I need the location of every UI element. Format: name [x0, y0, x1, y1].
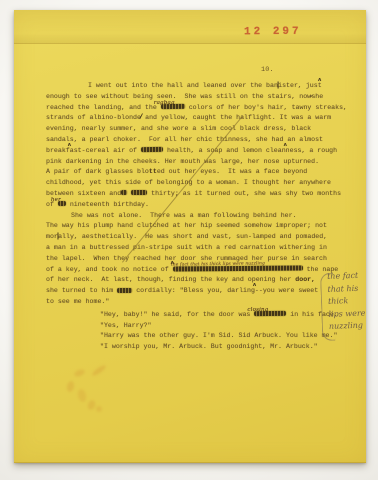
margin-note: the fact that his thick lips were nuzzli…: [327, 269, 378, 333]
typed-text: "Yes, Harry?": [100, 322, 151, 329]
typescript-paragraph: She was not alone. There was a man follo…: [46, 211, 346, 308]
pen-strikethrough: [117, 288, 132, 293]
typescript-line: The way his plump hand clutched at her h…: [46, 221, 346, 232]
typed-text: sandals, a pearl choker. For all her chi…: [46, 136, 323, 143]
typescript-paragraph: I went out into the hall and leaned over…: [46, 81, 346, 211]
caret-mark: ʌ: [253, 282, 256, 288]
typescript-line: evening, nearly summer, and she wore a s…: [46, 124, 346, 135]
typed-text: enough to see without being seen. She wa…: [46, 93, 311, 100]
pen-strikethrough: [58, 201, 66, 206]
typed-text-overstruck: tt: [149, 168, 157, 175]
typed-text: "I worship you, Mr. Arbuck. But goodnigh…: [100, 343, 318, 350]
typescript-line: "I worship you, Mr. Arbuck. But goodnigh…: [46, 342, 346, 353]
typed-text: pink darkening in the cheeks. Her mouth …: [46, 158, 319, 165]
typescript-paragraph: "Hey, baby!" he said, for the door was c…: [46, 310, 346, 353]
stain-smudge: [96, 406, 102, 412]
typed-text: "Hey, baby!" he said, for the door was: [100, 311, 254, 318]
typed-text-overstruck: door,: [295, 276, 315, 283]
pen-mark: |: [56, 233, 60, 241]
typed-text: ast-cereal air of: [70, 147, 141, 154]
typed-text: health, a soap and lemon clean: [163, 147, 286, 154]
caret-mark: ʌ: [284, 142, 287, 148]
typed-text: I went out into the hall and leaned over…: [88, 82, 278, 89]
typescript: I went out into the hall and leaned over…: [46, 81, 346, 353]
typed-text: A pair of dark glasses blo: [46, 168, 149, 175]
stain-smudge: [73, 368, 85, 378]
typescript-line: "Hey, baby!" he said, for the door was c…: [46, 310, 346, 321]
stain-smudge: [66, 380, 75, 392]
typed-text: the lapel. When they reached her door sh…: [46, 255, 327, 262]
margin-note-line: nuzzling: [329, 319, 378, 333]
typed-text: she: [311, 93, 323, 100]
typescript-line: mor|ally, aesthetically. He was short an…: [46, 232, 346, 243]
typed-text: The way his plump hand clutched at her h…: [46, 222, 327, 229]
typed-text: ed out her eyes. It was a face beyond: [157, 168, 307, 175]
pen-strikethrough: [131, 190, 147, 195]
typescript-line: pink darkening in the cheeks. Her mouth …: [46, 157, 346, 168]
caret-mark: ʌ: [276, 77, 321, 83]
typescript-line: strands of albino-blonde/ and yellow, ca…: [46, 113, 346, 124]
typed-text: She was not alone. There was a man follo…: [71, 212, 297, 219]
typescript-line: enough to see without being seen. She wa…: [46, 92, 346, 103]
typed-text: ister, just: [278, 82, 322, 89]
typed-text: colors of her boy's hair, tawny streaks,: [185, 104, 347, 111]
typescript-line: of her nineteenth birthday.: [46, 200, 346, 211]
typed-text: cordially: "Bless you, darling: [132, 287, 255, 294]
typed-text: nineteenth birthday.: [66, 201, 149, 208]
typescript-line: reached the landing, and the ragbag colo…: [46, 103, 346, 114]
pen-mark: /: [139, 114, 143, 122]
typed-text: breakf: [46, 147, 70, 154]
pen-strikethrough: [141, 147, 163, 152]
pen-strikethrough: [173, 266, 303, 272]
typescript-line: of a key, and took no notice of ʌthe fac…: [46, 265, 346, 276]
stain-smudge: [87, 399, 97, 411]
typescript-line: sandals, a pearl choker. For all her chi…: [46, 135, 346, 146]
typescript-line: "Harry was the other guy. I'm Sid. Sid A…: [46, 331, 346, 342]
typescript-line: I went out into the hall and leaned over…: [46, 81, 346, 92]
typed-text: a man in a buttressed pin-stripe suit wi…: [46, 244, 327, 251]
stain-smudge: [77, 388, 88, 403]
caret-mark: ʌ: [68, 142, 71, 148]
fold-crease-horizontal: [14, 10, 366, 44]
pen-mark: |: [276, 82, 280, 90]
typed-text: to see me home.": [46, 298, 109, 305]
typescript-line: of her neck. At last, though, finding th…: [46, 275, 346, 286]
typed-text: reached the landing, and the: [46, 104, 161, 111]
typed-text: of a key, and took no notice of: [46, 266, 173, 273]
pen-strikethrough: [161, 104, 185, 109]
typed-text: strands of albino-blonde: [46, 114, 141, 121]
accession-stamp: 12 297: [244, 26, 302, 39]
typescript-line: she turned to him cordially: "Bless you,…: [46, 286, 346, 297]
typescript-line: childhood, yet this side of belonging to…: [46, 178, 346, 189]
typed-text: and yellow, caught the halflight. It was…: [141, 114, 331, 121]
page-number: 10.: [261, 66, 274, 74]
pen-mark: -: [309, 93, 313, 101]
typescript-line: breakfʌast-cereal air of health, a soap …: [46, 146, 346, 157]
typed-text: "Harry was the other guy. I'm Sid. Sid A…: [100, 332, 337, 339]
typed-text: --you were sweet: [255, 287, 318, 294]
typed-text: she turned to him: [46, 287, 117, 294]
typescript-line: "Yes, Harry?": [46, 321, 346, 332]
typescript-line: a man in a buttressed pin-stripe suit wi…: [46, 243, 346, 254]
typescript-line: She was not alone. There was a man follo…: [46, 211, 346, 222]
pen-strikethrough: [254, 311, 286, 316]
typescript-line: between sixteen and thirty; as it turned…: [46, 189, 346, 200]
manuscript-page: 12 297 10. I went out into the hall and …: [14, 10, 366, 463]
stain-smudge: [91, 364, 107, 377]
typescript-line: to see me home.": [46, 297, 346, 308]
margin-note-bracket: [320, 273, 335, 341]
typed-text: of her neck. At last, though, finding th…: [46, 276, 295, 283]
typed-text: evening, nearly summer, and she wore a s…: [46, 125, 311, 132]
typed-text: ally, aesthetically. He was short and va…: [58, 233, 327, 240]
typed-text: ness, a rough: [286, 147, 337, 154]
